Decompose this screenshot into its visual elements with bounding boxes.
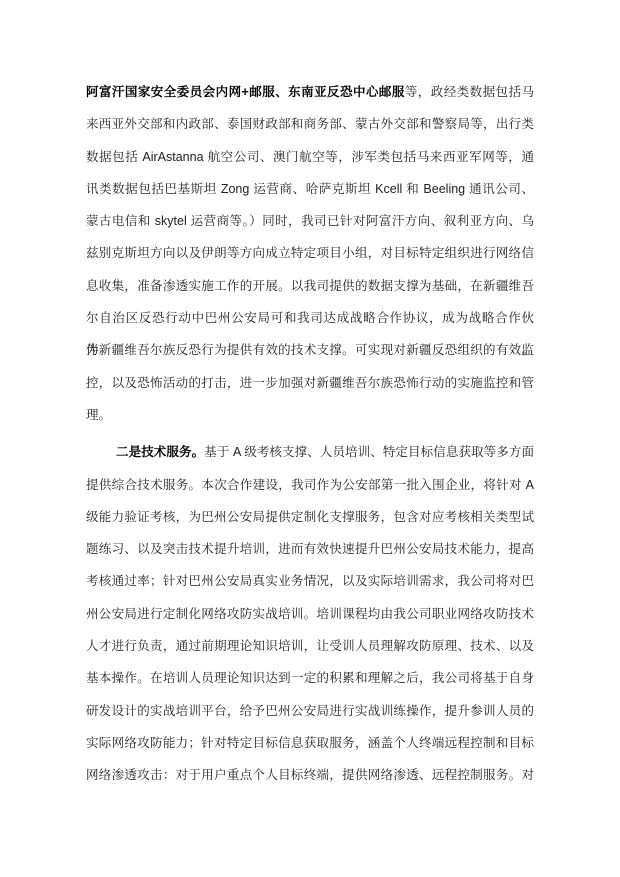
text-line: 级能力验证考核，为巴州公安局提供定制化支撑服务，包含对应考核相关类型试 [86, 501, 534, 533]
text-line: 网络渗透攻击：对于用户重点个人目标终端，提供网络渗透、远程控制服务。对 [86, 759, 534, 791]
text-line: 数据包括 AirAstanna 航空公司、澳门航空等，涉军类包括马来西亚军网等，… [86, 141, 534, 173]
text-line: 理。 [86, 399, 534, 431]
body-text: 为新疆维吾尔族反恐行为提供有效的技术支撑。可实现对新疆反恐组织的有效监 [86, 343, 534, 357]
paragraph-2: 二是技术服务。基于 A 级考核支撑、人员培训、特定目标信息获取等多方面 提供综合… [86, 436, 534, 791]
body-text: 数据包括 AirAstanna 航空公司、澳门航空等，涉军类包括马来西亚军网等，… [86, 150, 534, 164]
text-line: 控，以及恐怖活动的打击，进一步加强对新疆维吾尔族恐怖行动的实施监控和管 [86, 367, 534, 399]
text-line: 提供综合技术服务。本次合作建设，我司作为公安部第一批入围企业，将针对 A [86, 469, 534, 501]
body-text: 基于 A 级考核支撑、人员培训、特定目标信息获取等多方面 [204, 445, 534, 459]
body-text: 网络渗透攻击：对于用户重点个人目标终端，提供网络渗透、远程控制服务。对 [86, 768, 534, 782]
body-text: 兹别克斯坦方向以及伊朗等方向成立特定项目小组，对目标特定组织进行网络信 [86, 246, 534, 260]
bold-text: 阿富汗国家安全委员会内网+邮服、东南亚反恐中心邮服 [86, 85, 405, 99]
body-text: 控，以及恐怖活动的打击，进一步加强对新疆维吾尔族恐怖行动的实施监控和管 [86, 376, 534, 390]
text-line: 基本操作。在培训人员理论知识达到一定的积累和理解之后，我公司将基于自身 [86, 662, 534, 694]
body-text: 讯类数据包括巴基斯坦 Zong 运营商、哈萨克斯坦 Kcell 和 Beelin… [86, 182, 534, 196]
text-line: 讯类数据包括巴基斯坦 Zong 运营商、哈萨克斯坦 Kcell 和 Beelin… [86, 173, 534, 205]
text-line: 息收集，准备渗透实施工作的开展。以我司提供的数据支撑为基础，在新疆维吾 [86, 270, 534, 302]
document-page: 阿富汗国家安全委员会内网+邮服、东南亚反恐中心邮服等，政经类数据包括马 来西亚外… [0, 0, 620, 877]
text-line: 实际网络攻防能力；针对特定目标信息获取服务，涵盖个人终端远程控制和目标 [86, 727, 534, 759]
text-line: 为新疆维吾尔族反恐行为提供有效的技术支撑。可实现对新疆反恐组织的有效监 [86, 334, 534, 366]
body-text: 州公安局进行定制化网络攻防实战培训。培训课程均由我公司职业网络攻防技术 [86, 607, 534, 621]
text-line: 阿富汗国家安全委员会内网+邮服、东南亚反恐中心邮服等，政经类数据包括马 [86, 76, 534, 108]
body-text: 等，政经类数据包括马 [405, 85, 534, 99]
text-line: 人才进行负责，通过前期理论知识培训，让受训人员理解攻防原理、技术、以及 [86, 630, 534, 662]
text-line: 州公安局进行定制化网络攻防实战培训。培训课程均由我公司职业网络攻防技术 [86, 598, 534, 630]
text-line: 蒙古电信和 skytel 运营商等。）同时，我司已针对阿富汗方向、叙利亚方向、乌 [86, 205, 534, 237]
text-block: 阿富汗国家安全委员会内网+邮服、东南亚反恐中心邮服等，政经类数据包括马 来西亚外… [86, 76, 534, 792]
body-text: 来西亚外交部和内政部、泰国财政部和商务部、蒙古外交部和警察局等，出行类 [86, 117, 534, 131]
body-text: 人才进行负责，通过前期理论知识培训，让受训人员理解攻防原理、技术、以及 [86, 639, 534, 653]
bold-text: 二是技术服务。 [116, 445, 204, 459]
text-line: 来西亚外交部和内政部、泰国财政部和商务部、蒙古外交部和警察局等，出行类 [86, 108, 534, 140]
body-text: 蒙古电信和 skytel 运营商等。）同时，我司已针对阿富汗方向、叙利亚方向、乌 [86, 214, 534, 228]
body-text: 研发设计的实战培训平台，给予巴州公安局进行实战训练操作，提升参训人员的 [86, 704, 534, 718]
body-text: 基本操作。在培训人员理论知识达到一定的积累和理解之后，我公司将基于自身 [86, 671, 534, 685]
text-line: 尔自治区反恐行动中巴州公安局可和我司达成战略合作协议，成为战略合作伙伴。 [86, 302, 534, 334]
body-text: 息收集，准备渗透实施工作的开展。以我司提供的数据支撑为基础，在新疆维吾 [86, 279, 534, 293]
text-line: 二是技术服务。基于 A 级考核支撑、人员培训、特定目标信息获取等多方面 [86, 436, 534, 468]
body-text: 理。 [86, 408, 111, 422]
body-text: 实际网络攻防能力；针对特定目标信息获取服务，涵盖个人终端远程控制和目标 [86, 736, 534, 750]
body-text: 级能力验证考核，为巴州公安局提供定制化支撑服务，包含对应考核相关类型试 [86, 510, 534, 524]
text-line: 兹别克斯坦方向以及伊朗等方向成立特定项目小组，对目标特定组织进行网络信 [86, 237, 534, 269]
paragraph-1: 阿富汗国家安全委员会内网+邮服、东南亚反恐中心邮服等，政经类数据包括马 来西亚外… [86, 76, 534, 431]
body-text: 题练习、以及突击技术提升培训，进而有效快速提升巴州公安局技术能力，提高 [86, 542, 534, 556]
body-text: 提供综合技术服务。本次合作建设，我司作为公安部第一批入围企业，将针对 A [86, 478, 534, 492]
text-line: 题练习、以及突击技术提升培训，进而有效快速提升巴州公安局技术能力，提高 [86, 533, 534, 565]
text-line: 考核通过率；针对巴州公安局真实业务情况，以及实际培训需求，我公司将对巴 [86, 565, 534, 597]
body-text: 考核通过率；针对巴州公安局真实业务情况，以及实际培训需求，我公司将对巴 [86, 574, 534, 588]
text-line: 研发设计的实战培训平台，给予巴州公安局进行实战训练操作，提升参训人员的 [86, 695, 534, 727]
